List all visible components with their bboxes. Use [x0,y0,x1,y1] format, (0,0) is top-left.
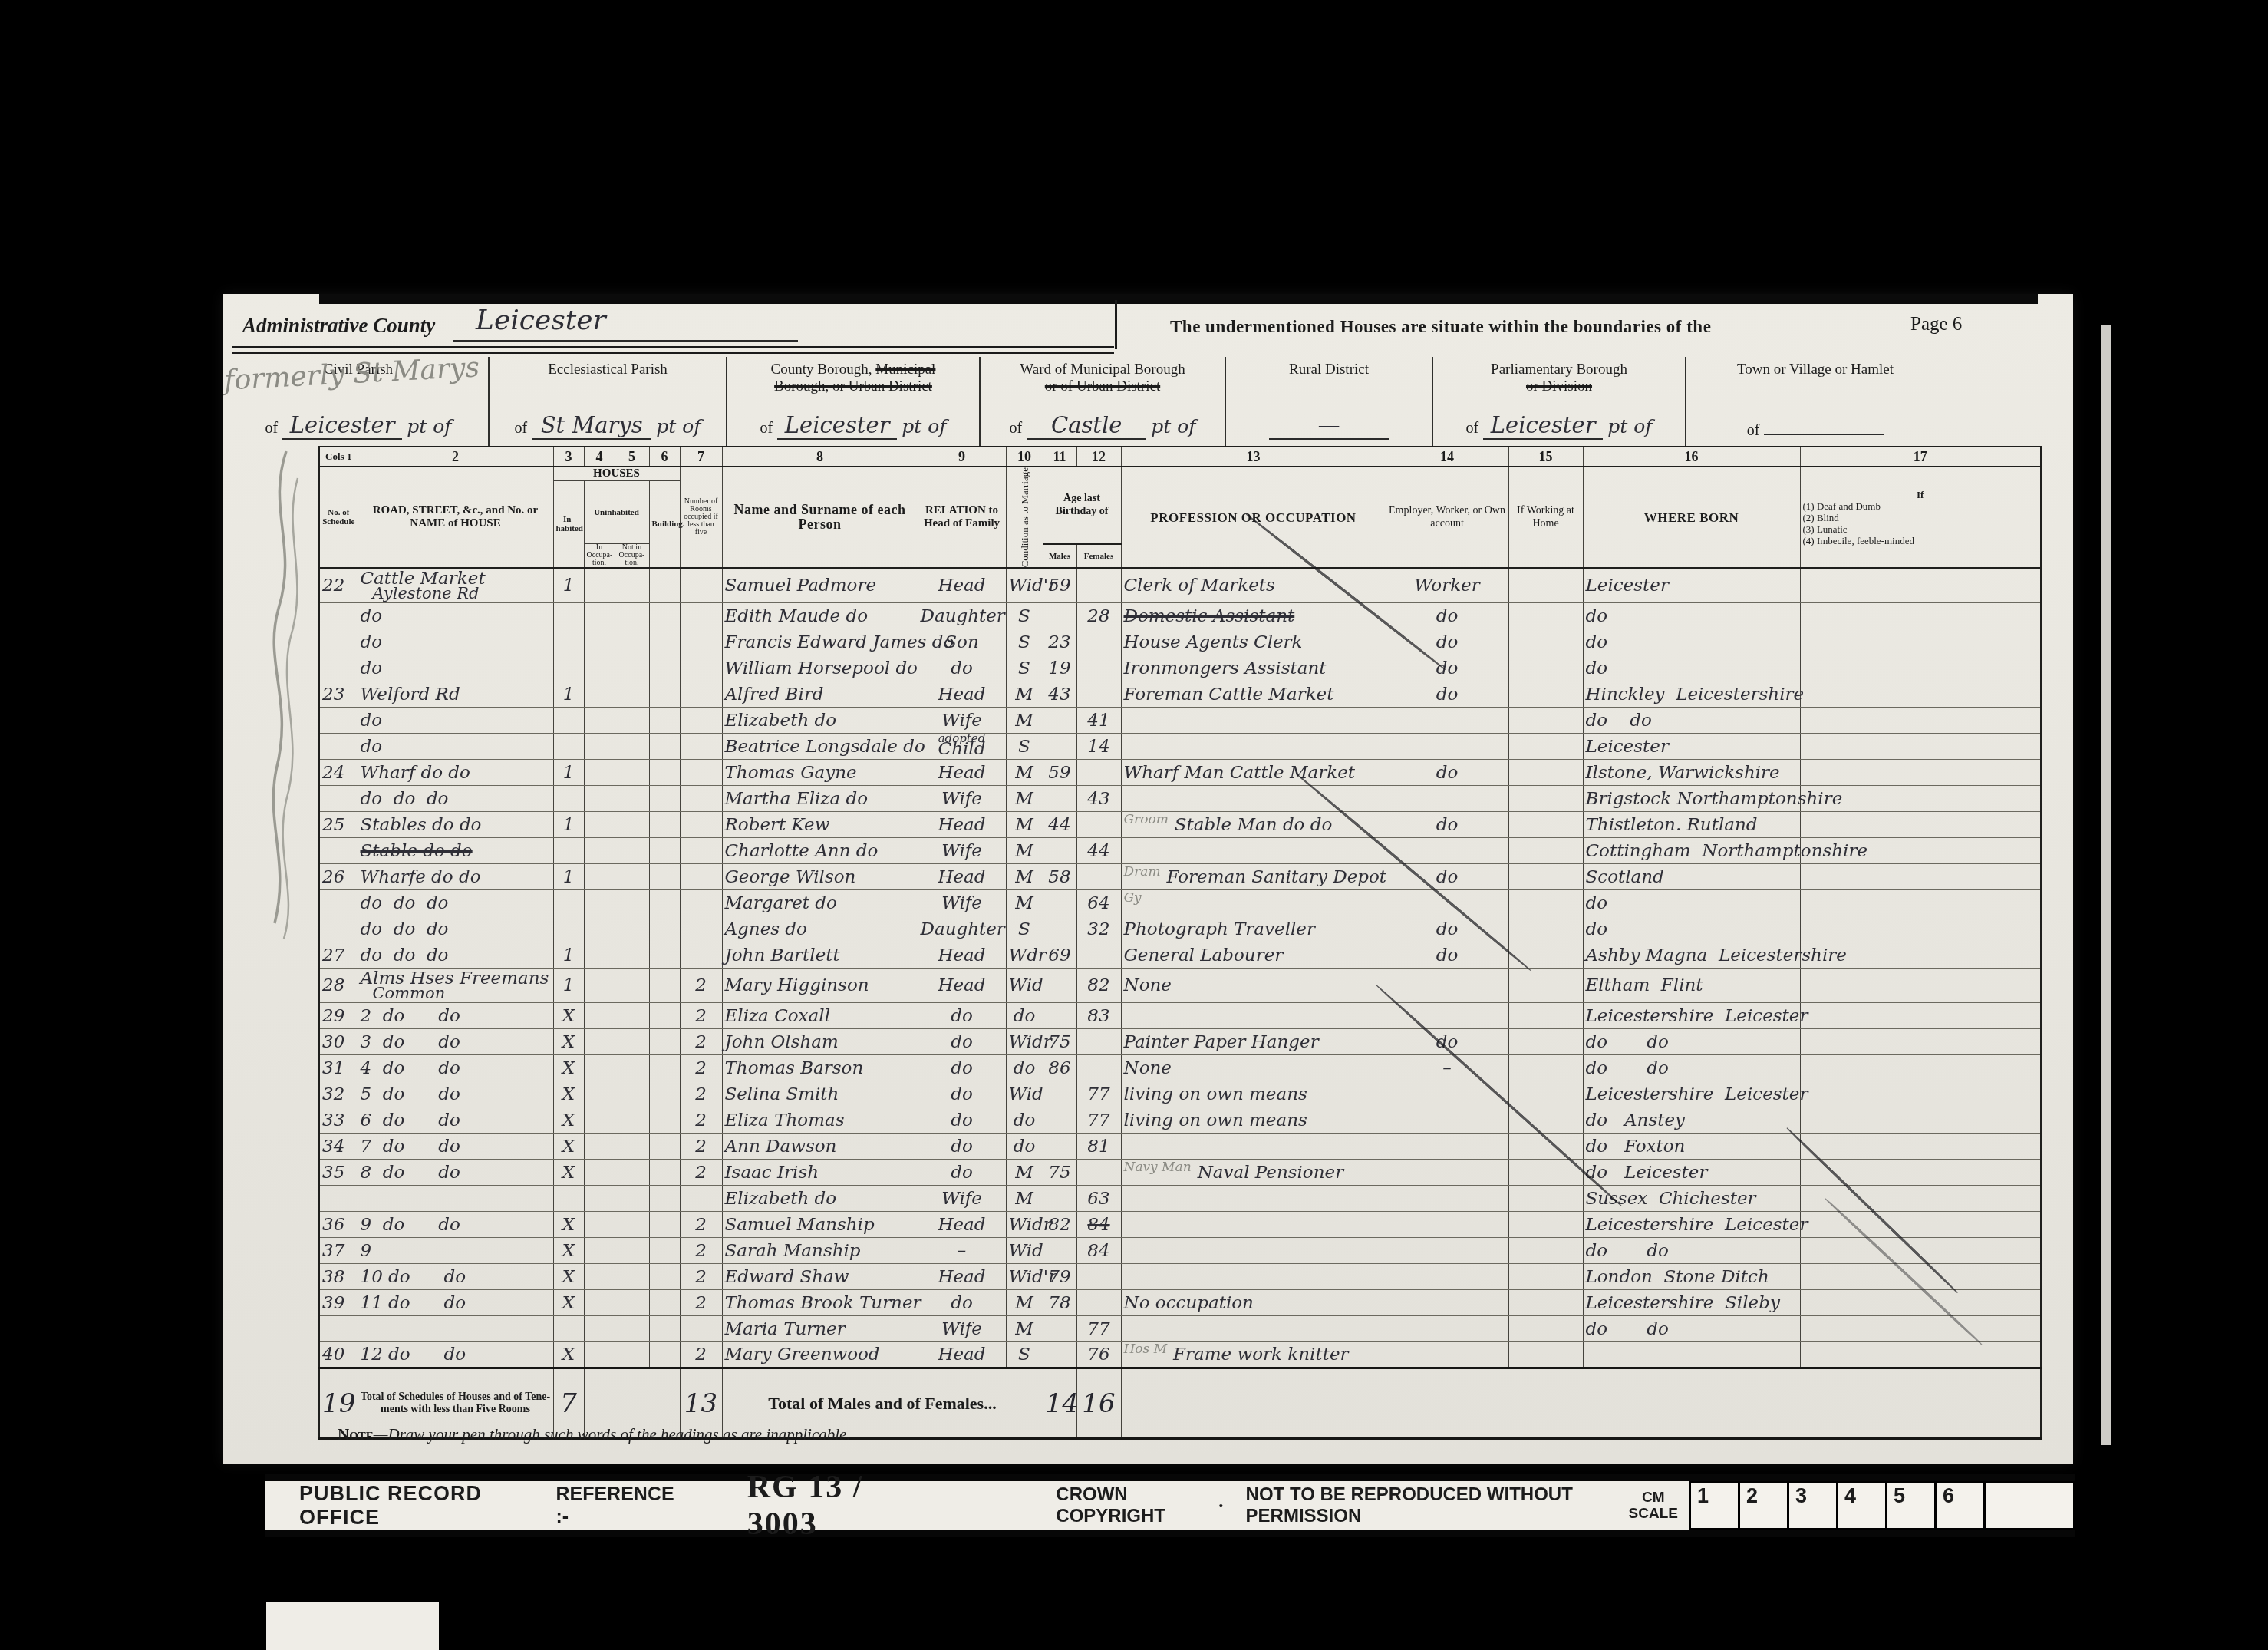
cell-rooms [680,890,722,916]
district-box-value: ofCastlept of [981,412,1225,440]
cell-age_f: 84 [1076,1212,1121,1238]
cell-in_occupation [584,681,615,708]
cell-where_born: do [1583,629,1800,655]
scan-artifact-box [266,1602,439,1650]
cell-road: Welford Rd [358,681,553,708]
cell-not_in_occupation [615,1107,649,1134]
cell-name: Alfred Bird [722,681,918,708]
cell-where_born: do [1583,603,1800,629]
table-row: Maria TurnerWifeM77do do [319,1316,2041,1342]
cell-occupation: Domestic Assistant [1121,603,1386,629]
cell-relation: do [918,1107,1006,1134]
cell-rooms [680,629,722,655]
cell-where_born: Leicestershire Leicester [1583,1081,1800,1107]
cell-where_born: Thistleton. Rutland [1583,812,1800,838]
admin-county-label: Administrative County [242,314,435,338]
cell-at_home [1508,1186,1583,1212]
cell-occupation [1121,1264,1386,1290]
cell-road [358,1186,553,1212]
table-row: do do doAgnes doDaughterS32Photograph Tr… [319,916,2041,942]
cell-age_m: 59 [1043,760,1076,786]
cell-in_occupation [584,734,615,760]
cell-road: do do do [358,890,553,916]
cell-age_f: 83 [1076,1003,1121,1029]
cell-name: Thomas Brook Turner [722,1290,918,1316]
cell-inhabited: X [553,1055,584,1081]
cell-employer: do [1386,916,1508,942]
cell-building [649,681,680,708]
cell-name: Edward Shaw [722,1264,918,1290]
cell-not_in_occupation [615,942,649,969]
header-at-home: If Working at Home [1508,467,1583,568]
header-employer: Employer, Worker, or Own account [1386,467,1508,568]
cell-condition: do [1006,1003,1043,1029]
cell-occupation: Photograph Traveller [1121,916,1386,942]
cell-age_f: 84 [1076,1238,1121,1264]
cell-where_born: Leicestershire Leicester [1583,1003,1800,1029]
cell-rooms [680,942,722,969]
cell-schedule [319,603,358,629]
district-box-label: Parliamentary Boroughor Division [1433,361,1685,395]
column-headers: Cols 1234567891011121314151617 No. of Sc… [319,447,2041,568]
cell-at_home [1508,760,1583,786]
cell-rooms [680,734,722,760]
admin-county-value: Leicester [476,305,606,336]
table-row: 369 do doX2Samuel ManshipHeadWidr8284Lei… [319,1212,2041,1238]
column-numbers: Cols 1234567891011121314151617 [319,447,2041,467]
table-row: doWilliam Horsepool dodoS19Ironmongers A… [319,655,2041,681]
table-row: 347 do doX2Ann Dawsondodo81do Foxton [319,1134,2041,1160]
cell-age_m [1043,708,1076,734]
cell-road: do [358,655,553,681]
census-sheet: Administrative County Leicester The unde… [223,294,2073,1464]
cell-not_in_occupation [615,916,649,942]
cell-relation: Head [918,568,1006,603]
table-row: 23Welford Rd1Alfred BirdHeadM43Foreman C… [319,681,2041,708]
cell-condition: do [1006,1055,1043,1081]
cell-rooms [680,681,722,708]
cell-at_home [1508,629,1583,655]
cell-road: do do do [358,786,553,812]
cell-road: 3 do do [358,1029,553,1055]
permission-label: NOT TO BE REPRODUCED WITHOUT PERMISSION [1246,1484,1583,1527]
cell-road: do do do [358,942,553,969]
cell-relation: do [918,1055,1006,1081]
cell-employer [1386,1290,1508,1316]
cell-relation: – [918,1238,1006,1264]
cell-inhabited: X [553,1107,584,1134]
cell-relation: Head [918,681,1006,708]
cell-where_born: Leicestershire Sileby [1583,1290,1800,1316]
cell-relation: Head [918,1212,1006,1238]
cell-at_home [1508,708,1583,734]
cell-age_m [1043,603,1076,629]
cell-age_f [1076,1290,1121,1316]
cell-building [649,708,680,734]
cell-employer [1386,1134,1508,1160]
cell-age_f [1076,1264,1121,1290]
cell-employer: do [1386,681,1508,708]
cell-infirmity [1800,1160,2041,1186]
cell-occupation [1121,1238,1386,1264]
cell-condition: M [1006,1186,1043,1212]
cell-age_f: 64 [1076,890,1121,916]
cell-not_in_occupation [615,1003,649,1029]
table-row: 314 do doX2Thomas Barsondodo86None–do do [319,1055,2041,1081]
cell-occupation [1121,1186,1386,1212]
cell-building [649,603,680,629]
cell-age_f: 28 [1076,603,1121,629]
cell-not_in_occupation [615,1081,649,1107]
cell-building [649,1186,680,1212]
header-relation: RELATION to Head of Family [918,467,1006,568]
column-number: 7 [680,447,722,467]
district-box: Town or Village or Hamletof [1686,357,1944,446]
district-box-value: ofSt Maryspt of [490,412,726,440]
cell-rooms [680,655,722,681]
cell-name: John Olsham [722,1029,918,1055]
cell-age_f [1076,568,1121,603]
cell-infirmity [1800,568,2041,603]
cell-schedule: 32 [319,1081,358,1107]
cell-infirmity [1800,1264,2041,1290]
cell-condition: Wdr [1006,942,1043,969]
cell-building [649,1134,680,1160]
cell-inhabited: X [553,1342,584,1368]
cell-in_occupation [584,629,615,655]
cell-road: 10 do do [358,1264,553,1290]
cell-age_f: 14 [1076,734,1121,760]
cell-at_home [1508,1238,1583,1264]
cell-inhabited: 1 [553,812,584,838]
district-box: Ward of Municipal Boroughor of Urban Dis… [981,357,1226,446]
cell-relation: Wife [918,890,1006,916]
pencil-annotation: formerly St Marys [223,351,480,396]
cell-at_home [1508,1160,1583,1186]
cell-inhabited [553,890,584,916]
cell-name: Thomas Gayne [722,760,918,786]
cell-condition: M [1006,838,1043,864]
reference-value: RG 13 / 3003 [747,1469,895,1543]
cell-road: Wharfe do do [358,864,553,890]
houses-statement: The undermentioned Houses are situate wi… [1170,317,2014,337]
column-number: 15 [1508,447,1583,467]
cell-condition: Wid [1006,1081,1043,1107]
cell-at_home [1508,942,1583,969]
cell-building [649,1003,680,1029]
cell-schedule [319,734,358,760]
cell-infirmity [1800,629,2041,655]
cell-employer [1386,1316,1508,1342]
cell-condition: Wid'r [1006,568,1043,603]
cell-occupation: Painter Paper Hanger [1121,1029,1386,1055]
cell-not_in_occupation [615,1316,649,1342]
cell-age_m [1043,969,1076,1003]
footnote-text: —Draw your pen through such words of the… [374,1425,851,1444]
cell-age_m [1043,1342,1076,1368]
cell-age_f: 63 [1076,1186,1121,1212]
cell-schedule: 31 [319,1055,358,1081]
cell-occupation [1121,838,1386,864]
ruler-cell: 3 [1787,1481,1836,1530]
cell-age_m: 78 [1043,1290,1076,1316]
page-number: Page 6 [1910,314,1962,335]
cell-relation: Head [918,864,1006,890]
header-rule [232,346,1114,354]
cell-not_in_occupation [615,1290,649,1316]
table-row: 303 do doX2John OlshamdoWidr75Painter Pa… [319,1029,2041,1055]
column-number: 6 [649,447,680,467]
district-box-value: ofLeicesterpt of [727,412,979,440]
admin-underline [453,340,798,342]
cell-in_occupation [584,1316,615,1342]
cell-inhabited: X [553,1264,584,1290]
cell-occupation: living on own means [1121,1081,1386,1107]
cell-at_home [1508,1107,1583,1134]
cell-in_occupation [584,1238,615,1264]
column-number: Cols 1 [319,447,358,467]
cell-road: 2 do do [358,1003,553,1029]
header-divider [1115,300,1117,349]
cell-name: Mary Greenwood [722,1342,918,1368]
cell-at_home [1508,1264,1583,1290]
cell-relation: Daughter [918,603,1006,629]
cell-not_in_occupation [615,1342,649,1368]
table-row: Stable do doCharlotte Ann doWifeM44Cotti… [319,838,2041,864]
cell-rooms [680,786,722,812]
cell-not_in_occupation [615,1264,649,1290]
cell-age_m: 23 [1043,629,1076,655]
cell-in_occupation [584,1107,615,1134]
cell-in_occupation [584,916,615,942]
cell-age_f: 82 [1076,969,1121,1003]
cell-inhabited [553,734,584,760]
cell-in_occupation [584,786,615,812]
cell-employer [1386,1107,1508,1134]
cell-not_in_occupation [615,969,649,1003]
table-row: 379X2Sarah Manship–Wid84do do [319,1238,2041,1264]
cell-at_home [1508,1055,1583,1081]
cell-where_born: Scotland [1583,864,1800,890]
header-age: Age last Birthday of [1043,467,1121,544]
cell-at_home [1508,1029,1583,1055]
cell-age_f: 81 [1076,1134,1121,1160]
cell-in_occupation [584,655,615,681]
cell-in_occupation [584,760,615,786]
cell-infirmity [1800,864,2041,890]
table-row: 28Alms Hses FreemansCommon12Mary Higgins… [319,969,2041,1003]
header-in-occupation: In Occupa-tion. [584,544,615,569]
cell-schedule [319,916,358,942]
cell-road [358,1316,553,1342]
cell-not_in_occupation [615,838,649,864]
cell-name: Martha Eliza do [722,786,918,812]
cell-name: Maria Turner [722,1316,918,1342]
cell-name: Sarah Manship [722,1238,918,1264]
cell-relation: do [918,1290,1006,1316]
cell-relation: Head [918,760,1006,786]
cell-age_f [1076,942,1121,969]
cell-infirmity [1800,1316,2041,1342]
cell-schedule [319,1186,358,1212]
column-number: 13 [1121,447,1386,467]
table-row: 27do do do1John BartlettHeadWdr69General… [319,942,2041,969]
cell-relation: adoptedChild [918,734,1006,760]
cell-schedule: 23 [319,681,358,708]
cell-where_born: Brigstock Northamptonshire [1583,786,1800,812]
district-box: County Borough, MunicipalBorough, or Urb… [727,357,981,446]
cell-condition: M [1006,812,1043,838]
header-inhabited: In-habited [553,481,584,569]
cell-not_in_occupation [615,890,649,916]
cell-age_m [1043,838,1076,864]
cell-name: Beatrice Longsdale do [722,734,918,760]
cell-inhabited [553,1186,584,1212]
cell-schedule: 34 [319,1134,358,1160]
infirmity-item: (3) Lunatic [1803,523,2039,535]
column-number: 5 [615,447,649,467]
header-houses: HOUSES [553,467,680,481]
table-row: 3810 do doX2Edward ShawHeadWid'r79London… [319,1264,2041,1290]
ruler-cell: 4 [1836,1481,1885,1530]
cell-schedule: 33 [319,1107,358,1134]
cell-inhabited [553,916,584,942]
cell-employer [1386,786,1508,812]
cell-age_m: 75 [1043,1160,1076,1186]
cell-not_in_occupation [615,708,649,734]
cell-in_occupation [584,603,615,629]
cell-not_in_occupation [615,568,649,603]
cell-building [649,1238,680,1264]
cell-in_occupation [584,1186,615,1212]
cell-name: William Horsepool do [722,655,918,681]
cell-not_in_occupation [615,812,649,838]
cell-where_born: Cottingham Northamptonshire [1583,838,1800,864]
infirmity-item: (1) Deaf and Dumb [1803,500,2039,512]
cell-age_m: 82 [1043,1212,1076,1238]
cell-relation: Wife [918,1316,1006,1342]
infirmity-item: (2) Blind [1803,512,2039,523]
column-number: 4 [584,447,615,467]
ruler-cell: 2 [1738,1481,1787,1530]
cell-where_born: do [1583,655,1800,681]
cell-not_in_occupation [615,1134,649,1160]
cell-road: do [358,629,553,655]
cell-age_f: 41 [1076,708,1121,734]
footnote: Note—Draw your pen through such words of… [338,1425,851,1444]
cell-at_home [1508,916,1583,942]
cell-road: 11 do do [358,1290,553,1316]
cell-not_in_occupation [615,1160,649,1186]
cell-schedule: 26 [319,864,358,890]
cell-schedule: 39 [319,1290,358,1316]
cell-in_occupation [584,1290,615,1316]
cell-schedule [319,890,358,916]
cell-rooms [680,603,722,629]
cell-relation: Wife [918,838,1006,864]
header-rooms: Number of Rooms occupied if less than fi… [680,467,722,568]
table-row: 4012 do doX2Mary GreenwoodHeadS76Hos MFr… [319,1342,2041,1368]
cell-building [649,568,680,603]
cell-age_m: 58 [1043,864,1076,890]
cell-occupation [1121,1316,1386,1342]
cell-condition: Wid [1006,969,1043,1003]
cell-age_m [1043,1134,1076,1160]
column-number: 2 [358,447,553,467]
header-road: ROAD, STREET, &c., and No. or NAME of HO… [358,467,553,568]
records-table: Cols 1234567891011121314151617 No. of Sc… [318,446,2042,1440]
district-box-label: Town or Village or Hamlet [1686,361,1944,378]
cell-occupation [1121,1212,1386,1238]
cell-in_occupation [584,1081,615,1107]
district-box: Parliamentary Boroughor DivisionofLeices… [1433,357,1686,446]
cell-inhabited: 1 [553,969,584,1003]
cell-condition: S [1006,916,1043,942]
cell-infirmity [1800,1003,2041,1029]
cell-infirmity [1800,760,2041,786]
column-number: 17 [1800,447,2041,467]
cell-employer [1386,969,1508,1003]
cell-age_f [1076,812,1121,838]
cell-age_f [1076,681,1121,708]
cell-condition: M [1006,1160,1043,1186]
cell-age_m [1043,890,1076,916]
infirmity-title: If [1803,489,2039,500]
cell-age_m: 44 [1043,812,1076,838]
cell-not_in_occupation [615,1186,649,1212]
cell-where_born: do do [1583,708,1800,734]
cell-where_born: do Leicester [1583,1160,1800,1186]
cell-in_occupation [584,1003,615,1029]
cell-name: Elizabeth do [722,708,918,734]
cell-schedule: 36 [319,1212,358,1238]
cell-inhabited [553,629,584,655]
ruler-cell: 6 [1934,1481,1983,1530]
cell-condition: M [1006,864,1043,890]
cell-condition: S [1006,655,1043,681]
margin-pencil-squiggle [244,447,313,954]
cell-at_home [1508,838,1583,864]
cell-inhabited: 1 [553,864,584,890]
cell-building [649,916,680,942]
cell-inhabited: X [553,1160,584,1186]
cell-infirmity [1800,1290,2041,1316]
cm-label: CM [1642,1490,1665,1506]
cell-where_born: do Foxton [1583,1134,1800,1160]
cell-where_born: do do [1583,1238,1800,1264]
cell-not_in_occupation [615,786,649,812]
cell-employer [1386,1160,1508,1186]
cell-road: 12 do do [358,1342,553,1368]
cell-rooms [680,568,722,603]
cell-occupation [1121,1003,1386,1029]
cell-rooms: 2 [680,1238,722,1264]
cell-age_f: 43 [1076,786,1121,812]
cell-not_in_occupation [615,864,649,890]
cell-schedule [319,1316,358,1342]
cell-in_occupation [584,1029,615,1055]
cell-where_born: Leicester [1583,568,1800,603]
cell-in_occupation [584,568,615,603]
cell-condition: Widr [1006,1212,1043,1238]
cell-schedule: 35 [319,1160,358,1186]
cell-inhabited [553,708,584,734]
cell-relation: Daughter [918,916,1006,942]
cell-employer: do [1386,603,1508,629]
cell-road: do [358,603,553,629]
cell-age_m [1043,1238,1076,1264]
table-row: 336 do doX2Eliza Thomasdodo77living on o… [319,1107,2041,1134]
